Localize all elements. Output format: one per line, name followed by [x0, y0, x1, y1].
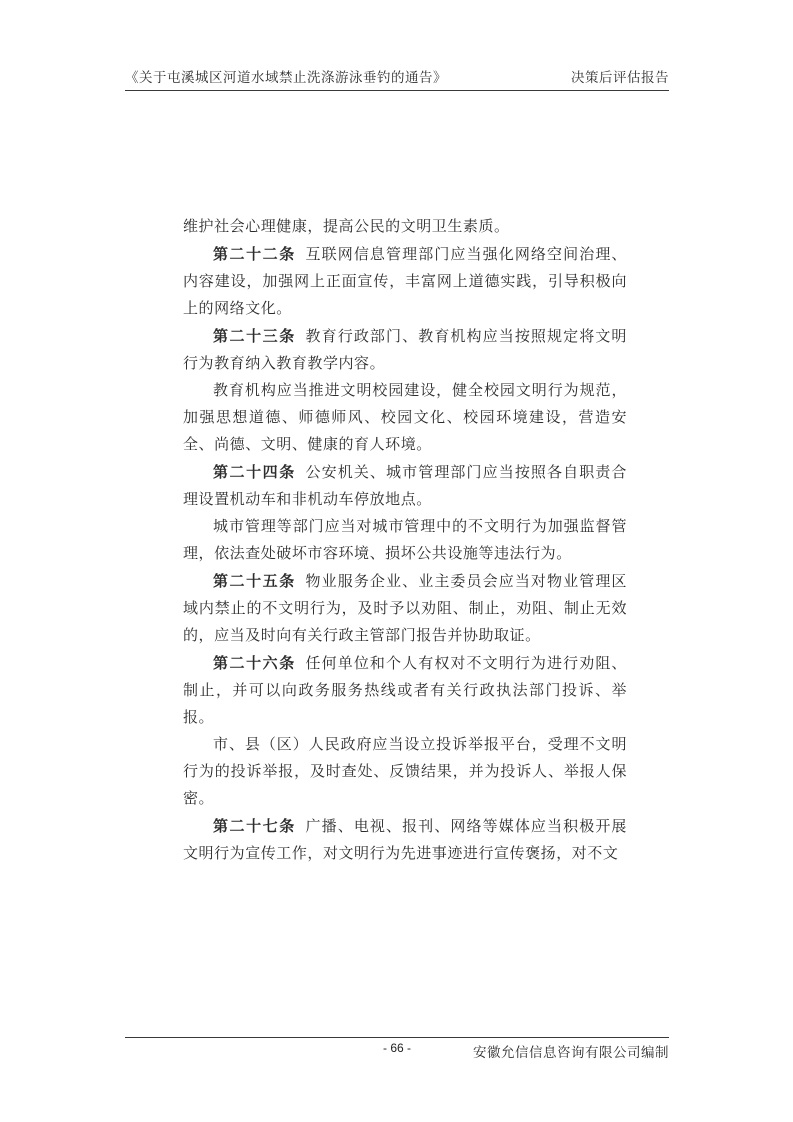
article-number: 第二十七条	[213, 818, 296, 835]
header-document-title: 《关于屯溪城区河道水域禁止洗涤游泳垂钓的通告》	[125, 66, 447, 86]
paragraph: 第二十六条任何单位和个人有权对不文明行为进行劝阻、制止，并可以向政务服务热线或者…	[183, 650, 627, 732]
document-page: 《关于屯溪城区河道水域禁止洗涤游泳垂钓的通告》 决策后评估报告 维护社会心理健康…	[0, 0, 793, 1122]
paragraph: 第二十二条互联网信息管理部门应当强化网络空间治理、内容建设，加强网上正面宣传，丰…	[183, 241, 627, 323]
article-number: 第二十二条	[213, 246, 296, 263]
paragraph-text: 维护社会心理健康，提高公民的文明卫生素质。	[183, 219, 510, 235]
paragraph: 市、县（区）人民政府应当设立投诉举报平台，受理不文明行为的投诉举报，及时查处、反…	[183, 732, 627, 813]
paragraph: 第二十七条广播、电视、报刊、网络等媒体应当积极开展文明行为宣传工作，对文明行为先…	[183, 813, 627, 868]
paragraph: 城市管理等部门应当对城市管理中的不文明行为加强监督管理，依法查处破坏市容环境、损…	[183, 514, 627, 568]
article-number: 第二十六条	[213, 655, 296, 672]
article-number: 第二十四条	[213, 464, 296, 481]
footer-company-credit: 安徽允信信息咨询有限公司编制	[473, 1041, 669, 1061]
paragraph: 第二十三条教育行政部门、教育机构应当按照规定将文明行为教育纳入教育教学内容。	[183, 323, 627, 378]
article-number: 第二十五条	[213, 573, 296, 590]
document-body: 维护社会心理健康，提高公民的文明卫生素质。 第二十二条互联网信息管理部门应当强化…	[183, 214, 627, 868]
paragraph: 教育机构应当推进文明校园建设，健全校园文明行为规范，加强思想道德、师德师风、校园…	[183, 378, 627, 459]
paragraph-text: 市、县（区）人民政府应当设立投诉举报平台，受理不文明行为的投诉举报，及时查处、反…	[183, 737, 627, 807]
page-header: 《关于屯溪城区河道水域禁止洗涤游泳垂钓的通告》 决策后评估报告	[125, 66, 669, 91]
header-report-label: 决策后评估报告	[571, 66, 669, 86]
paragraph: 第二十四条公安机关、城市管理部门应当按照各自职责合理设置机动车和非机动车停放地点…	[183, 459, 627, 514]
paragraph-text: 城市管理等部门应当对城市管理中的不文明行为加强监督管理，依法查处破坏市容环境、损…	[183, 519, 627, 562]
article-number: 第二十三条	[213, 328, 296, 345]
paragraph: 第二十五条物业服务企业、业主委员会应当对物业管理区域内禁止的不文明行为，及时予以…	[183, 568, 627, 650]
paragraph: 维护社会心理健康，提高公民的文明卫生素质。	[183, 214, 627, 241]
paragraph-text: 教育机构应当推进文明校园建设，健全校园文明行为规范，加强思想道德、师德师风、校园…	[183, 383, 627, 453]
page-footer: - 66 - 安徽允信信息咨询有限公司编制	[125, 1037, 669, 1062]
